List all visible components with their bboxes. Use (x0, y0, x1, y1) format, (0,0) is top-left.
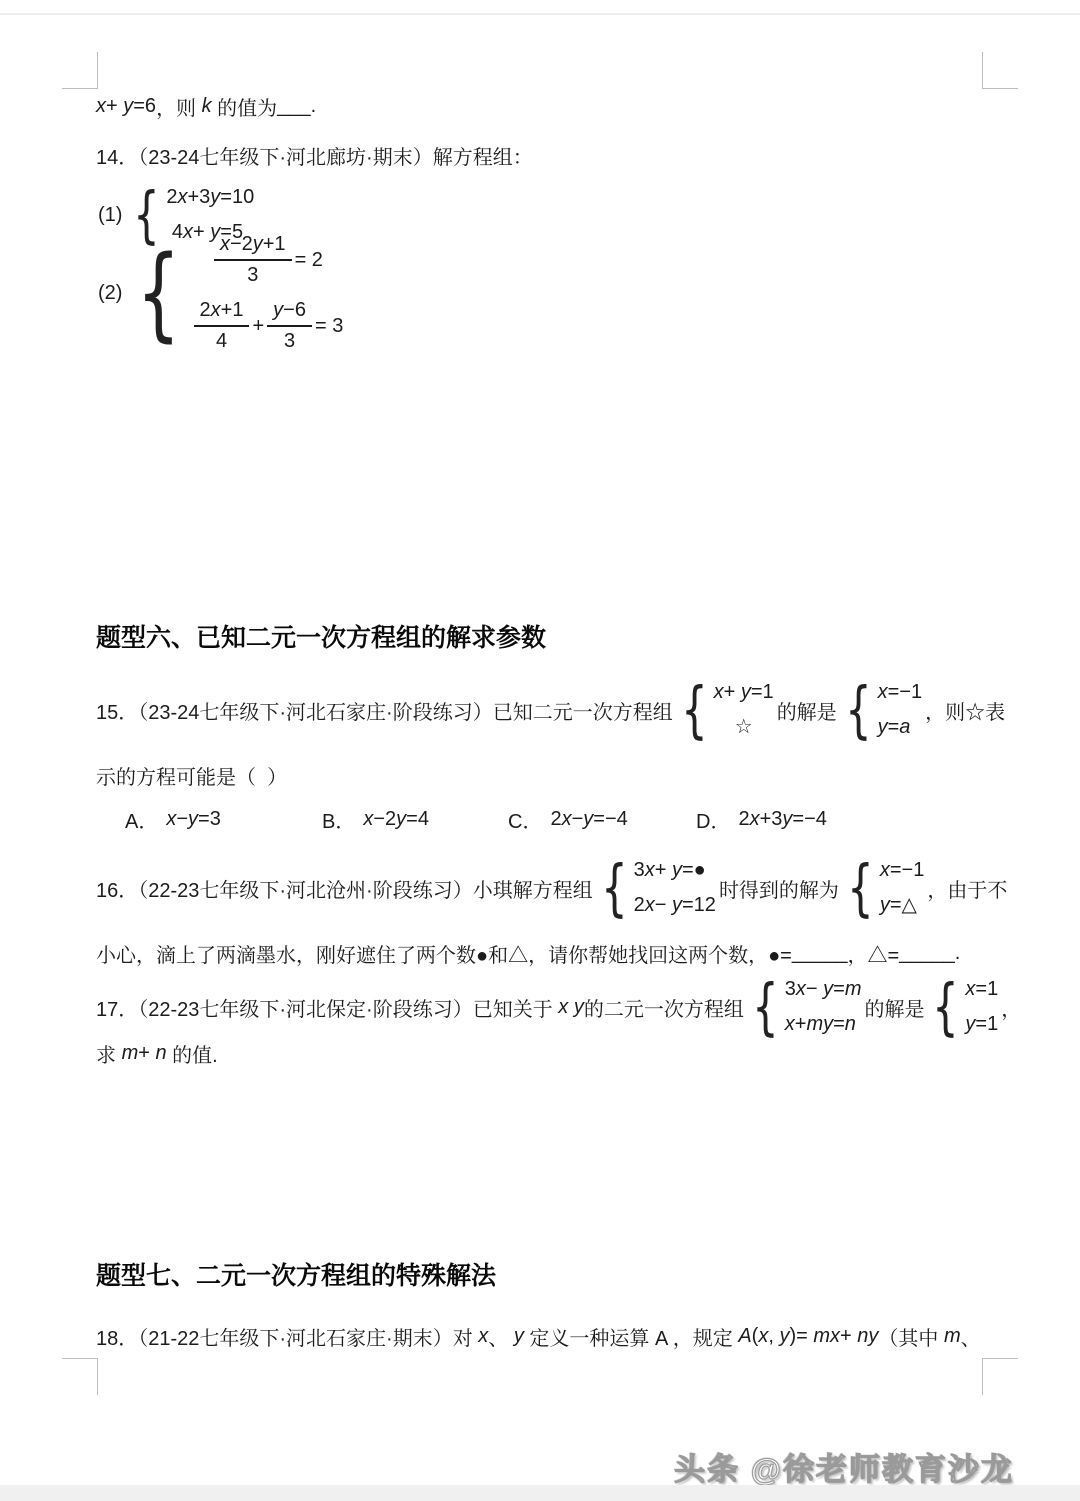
brace-icon: { (137, 242, 181, 344)
question-16-line-2: 小心，滴上了两滴墨水，刚好遮住了两个数●和△，请你帮她找回这两个数，●= ___… (96, 936, 960, 970)
fraction-numerator: y−6 (267, 298, 312, 327)
question-15-text-2: 示的方程可能是（ ） (96, 761, 287, 790)
option-d-equation: 2x+3y=−4 (738, 808, 826, 831)
solution-system: { x=1 y=1 (927, 972, 998, 1042)
fraction: x−2y+1 3 (214, 232, 292, 288)
solution-y: y=△ (880, 888, 917, 923)
section-heading-text: 题型六、已知二元一次方程组的解求参数 (96, 618, 546, 654)
question-16-text: 16．（22-23七年级下·河北沧州·阶段练习）小琪解方程组 (96, 874, 593, 903)
option-d-label: D． (696, 805, 730, 834)
crop-mark-top-left (62, 52, 98, 89)
question-15-text: 15．（23-24七年级下·河北石家庄·阶段练习）已知二元一次方程组 (96, 696, 673, 725)
watermark: 头条 @徐老师教育沙龙 (674, 1444, 1014, 1489)
variables-x-y: x y (558, 996, 584, 1019)
variable-x: x (478, 1325, 488, 1348)
text-segment: 的二元一次方程组 (584, 993, 744, 1022)
equation-2: x+my=n (785, 1007, 856, 1042)
question-14-system-2: (2) { x−2y+1 3 = 2 2x+1 4 + (98, 240, 346, 346)
question-18-line-1: 18．（21-22七年级下·河北石家庄·期末）对 x 、 y 定义一种运算 A … (96, 1318, 981, 1354)
question-18-text: 18．（21-22七年级下·河北石家庄·期末）对 (96, 1322, 478, 1351)
fraction-numerator: 2x+1 (194, 298, 250, 327)
system-equations: x−2y+1 3 = 2 2x+1 4 + y−6 3 = 3 (191, 227, 344, 359)
text-segment: 的解是 (777, 696, 837, 725)
equation-system: { 3x+ y=● 2x− y=12 (596, 853, 716, 923)
fraction: y−6 3 (267, 298, 312, 354)
text-segment: 的解是 (864, 993, 924, 1022)
equation-1: x+ y=1 (714, 675, 774, 710)
equation-row-1: x−2y+1 3 = 2 (211, 232, 323, 288)
question-17-line-2: 求 m+ n 的值. (96, 1036, 218, 1070)
crop-mark-bottom-left (62, 1358, 98, 1395)
brace-icon: { (681, 679, 708, 740)
text-segment: ，则 (156, 92, 202, 121)
equation-system: { x−2y+1 3 = 2 2x+1 4 + y−6 (128, 227, 343, 359)
equation-x-plus-y: x+ y=6 (96, 95, 156, 118)
section-heading-text: 题型七、二元一次方程组的特殊解法 (96, 1256, 496, 1292)
brace-icon: { (845, 679, 872, 740)
brace-icon: { (847, 857, 874, 918)
crop-mark-top-right (982, 52, 1018, 89)
item-tag: (1) (98, 204, 122, 227)
answer-blank: _____ (899, 942, 955, 965)
text-segment: 的值. (167, 1039, 218, 1068)
brace-icon: { (601, 857, 628, 918)
question-15-line-2: 示的方程可能是（ ） (96, 758, 287, 792)
fraction: 2x+1 4 (194, 298, 250, 354)
brace-icon: { (933, 976, 960, 1037)
operation-formula: A(x, y)= mx+ ny (738, 1325, 878, 1348)
equation-row-2: 2x+1 4 + y−6 3 = 3 (191, 298, 344, 354)
question-17-text: 17．（22-23七年级下·河北保定·阶段练习）已知关于 (96, 993, 558, 1022)
system-equations: x=−1 y=△ (880, 853, 924, 923)
text-segment: ， (1001, 993, 1021, 1022)
question-17-line-1: 17．（22-23七年级下·河北保定·阶段练习）已知关于 x y 的二元一次方程… (96, 968, 1021, 1046)
option-b-equation: x−2y=4 (363, 808, 429, 831)
equation-rhs: = 3 (315, 309, 343, 344)
watermark-text: 头条 @徐老师教育沙龙 (674, 1452, 1014, 1487)
fraction-denominator: 3 (247, 261, 258, 288)
solution-y: y=1 (965, 1007, 998, 1042)
brace-icon: { (752, 976, 779, 1037)
option-a-label: A． (125, 805, 158, 834)
solution-system: { x=−1 y=△ (842, 853, 924, 923)
equation-1: 3x+ y=● (634, 853, 706, 888)
question-13-tail: x+ y=6 ，则 k 的值为 ___ . (96, 88, 316, 124)
solution-x: x=−1 (878, 675, 922, 710)
option-c: C． 2x−y=−4 (508, 802, 628, 836)
text-segment: . (311, 95, 317, 118)
text-segment: ，由于不 (927, 874, 1007, 903)
question-14-text: 14．（23-24七年级下·河北廊坊·期末）解方程组： (96, 141, 533, 170)
fraction-numerator: x−2y+1 (214, 232, 292, 261)
text-segment: 定义一种运算 A ，规定 (524, 1322, 738, 1351)
option-c-equation: 2x−y=−4 (550, 808, 627, 831)
text-segment: . (955, 942, 961, 965)
section-heading-7: 题型七、二元一次方程组的特殊解法 (96, 1254, 496, 1294)
text-segment: 时得到的解为 (719, 874, 839, 903)
question-14-header: 14．（23-24七年级下·河北廊坊·期末）解方程组： (96, 138, 533, 172)
equation-rhs: = 2 (295, 243, 323, 278)
variable-m: m (944, 1325, 961, 1348)
text-segment: 、 (961, 1322, 981, 1351)
expression-m-plus-n: m+ n (122, 1042, 167, 1065)
solution-system: { x=−1 y=a (840, 675, 922, 745)
equation-system: { x+ y=1 ☆ (676, 675, 774, 745)
star-placeholder: ☆ (735, 710, 753, 745)
variable-y: y (514, 1325, 524, 1348)
page-top-divider (0, 13, 1080, 15)
section-heading-6: 题型六、已知二元一次方程组的解求参数 (96, 616, 546, 656)
text-segment: 求 (96, 1039, 122, 1068)
equation-system: { 3x− y=m x+my=n (747, 972, 862, 1042)
solution-y: y=a (878, 710, 911, 745)
system-equations: 3x+ y=● 2x− y=12 (634, 853, 716, 923)
plus-operator: + (252, 309, 264, 344)
fraction-denominator: 3 (284, 327, 295, 354)
option-b-label: B． (322, 805, 355, 834)
option-a-equation: x−y=3 (166, 808, 221, 831)
option-a: A． x−y=3 (125, 802, 221, 836)
variable-k: k (202, 95, 212, 118)
question-15-line-1: 15．（23-24七年级下·河北石家庄·阶段练习）已知二元一次方程组 { x+ … (96, 668, 1005, 752)
option-b: B． x−2y=4 (322, 802, 429, 836)
system-equations: x=1 y=1 (965, 972, 998, 1042)
system-equations: x=−1 y=a (878, 675, 922, 745)
equation-2: 2x− y=12 (634, 888, 716, 923)
fraction-denominator: 4 (216, 327, 227, 354)
text-segment: ，△= (847, 939, 899, 968)
question-16-line-1: 16．（22-23七年级下·河北沧州·阶段练习）小琪解方程组 { 3x+ y=●… (96, 848, 1007, 928)
answer-blank: _____ (792, 942, 848, 965)
crop-mark-bottom-right (982, 1358, 1018, 1395)
text-segment: ，则☆表 (925, 696, 1005, 725)
system-equations: x+ y=1 ☆ (714, 675, 774, 745)
text-segment: 小心，滴上了两滴墨水，刚好遮住了两个数●和△，请你帮她找回这两个数，●= (96, 939, 792, 968)
equation-1: 3x− y=m (785, 972, 862, 1007)
solution-x: x=−1 (880, 853, 924, 888)
option-d: D． 2x+3y=−4 (696, 802, 827, 836)
equation-1: 2x+3y=10 (166, 180, 254, 215)
text-segment: 的值为 (212, 92, 278, 121)
solution-x: x=1 (965, 972, 998, 1007)
text-segment: 、 (488, 1322, 514, 1351)
option-c-label: C． (508, 805, 542, 834)
page-bottom-strip (0, 1485, 1080, 1501)
worksheet-page: x+ y=6 ，则 k 的值为 ___ . 14．（23-24七年级下·河北廊坊… (0, 0, 1080, 1501)
item-tag: (2) (98, 282, 122, 305)
answer-blank: ___ (277, 95, 310, 118)
system-equations: 3x− y=m x+my=n (785, 972, 862, 1042)
text-segment: （其中 (878, 1322, 944, 1351)
